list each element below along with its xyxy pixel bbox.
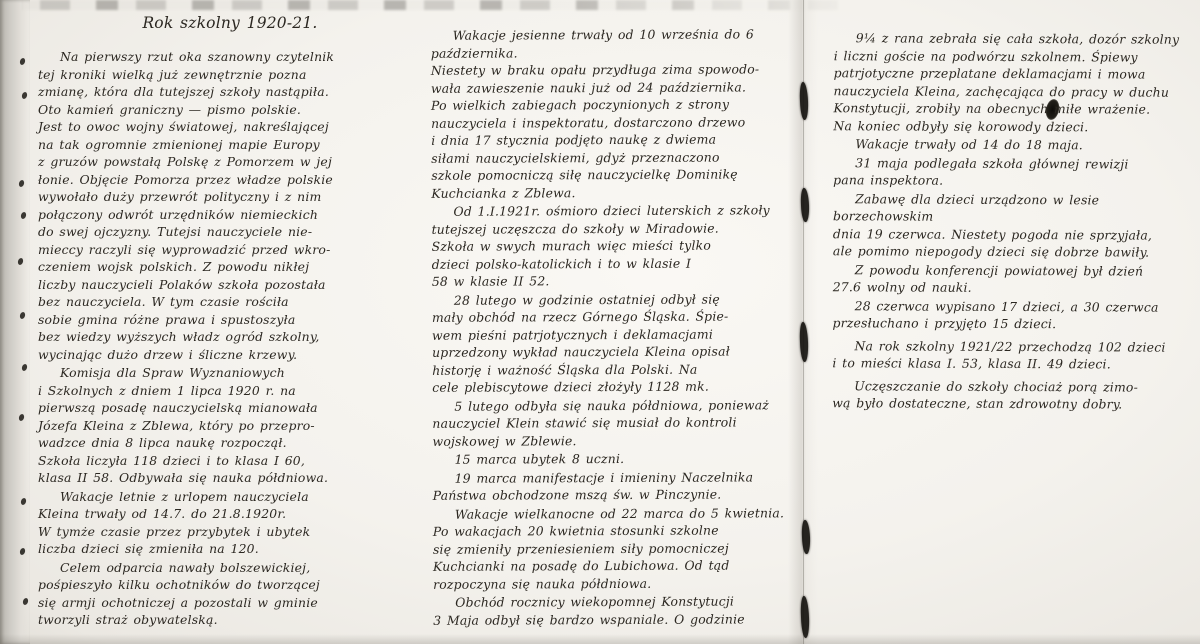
col2-paragraph-3: 28 lutego w godzinie ostatniej odbył się… [432,290,812,397]
col3-paragraph-1: 9¼ z rana zebrała się cała szkoła, dozór… [833,29,1195,136]
chronicle-scan-page: Rok szkolny 1920-21. Na pierwszy rzut ok… [0,0,1200,644]
col2-paragraph-4: 5 lutego odbyła się nauka półdniowa, pon… [432,396,812,450]
col1-paragraph-3: Wakacje letnie z urlopem nauczyciela Kle… [38,488,410,558]
col3-paragraph-6: 28 czerwca wypisano 17 dzieci, a 30 czer… [833,297,1195,334]
text-column-2: Wakacje jesienne trwały od 10 września d… [431,25,814,630]
col3-paragraph-4: Zabawę dla dzieci urządzono w lesie borz… [833,190,1195,262]
page-title: Rok szkolny 1920-21. [120,14,340,32]
page-bottom-shadow [0,634,1200,644]
col2-paragraph-5: 15 marca ubytek 8 uczni. [433,449,813,468]
col3-paragraph-8: Uczęszczanie do szkoły chociaż porą zimo… [832,377,1194,414]
text-column-1: Na pierwszy rzut oka szanowny czytelnik … [38,48,410,630]
col2-paragraph-7: Wakacje wielkanocne od 22 marca do 5 kwi… [433,504,813,593]
col2-paragraph-1: Wakacje jesienne trwały od 10 września d… [431,25,812,202]
col3-paragraph-2: Wakacje trwały od 14 do 18 maja. [833,135,1195,154]
col3-paragraph-7: Na rok szkolny 1921/22 przechodzą 102 dz… [832,337,1194,374]
text-column-3: 9¼ z rana zebrała się cała szkoła, dozór… [832,29,1196,414]
col1-paragraph-1: Na pierwszy rzut oka szanowny czytelnik … [38,48,410,363]
col1-paragraph-4: Celem odparcia nawały bolszewickiej, poś… [38,559,410,629]
col2-paragraph-6: 19 marca manifestacje i imieniny Naczeln… [433,468,813,505]
scan-artifact-fade [0,0,900,12]
col2-paragraph-2: Od 1.I.1921r. ośmioro dzieci luterskich … [431,201,811,290]
col1-paragraph-2: Komisja dla Spraw Wyznaniowych i Szkolny… [38,364,410,487]
col2-paragraph-8: Obchód rocznicy wiekopomnej Konstytucji … [433,592,813,629]
col3-paragraph-5: Z powodu konferencji powiatowej był dzie… [833,261,1195,298]
col3-paragraph-3: 31 maja podlegała szkoła głównej rewizji… [833,154,1195,191]
